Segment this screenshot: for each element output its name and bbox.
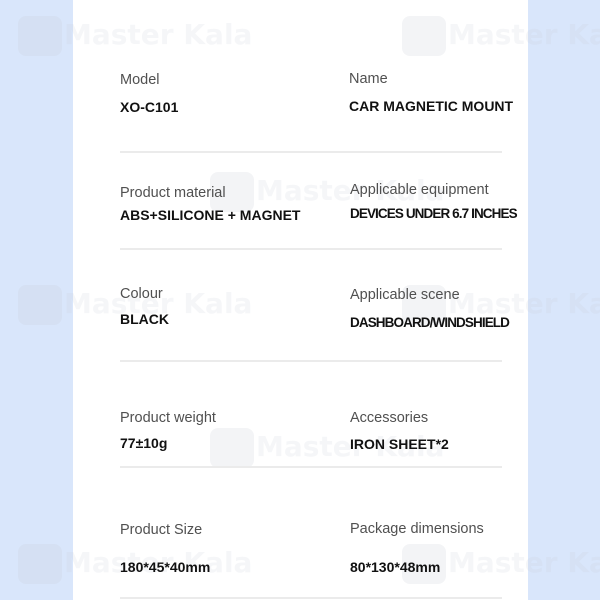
row-divider <box>120 151 502 153</box>
spec-value-weight: 77±10g <box>120 435 167 451</box>
spec-label-model: Model <box>120 72 160 88</box>
row-divider <box>120 466 502 468</box>
spec-value-name: CAR MAGNETIC MOUNT <box>349 98 513 114</box>
spec-value-scene: DASHBOARD/WINDSHIELD <box>350 315 509 330</box>
row-divider <box>120 360 502 362</box>
watermark-logo-icon <box>18 16 62 56</box>
row-divider <box>120 597 502 599</box>
spec-value-package: 80*130*48mm <box>350 559 440 575</box>
spec-label-material: Product material <box>120 185 226 201</box>
spec-label-weight: Product weight <box>120 410 216 426</box>
spec-label-package: Package dimensions <box>350 521 484 537</box>
watermark-logo-icon <box>18 544 62 584</box>
spec-value-accessories: IRON SHEET*2 <box>350 436 449 452</box>
spec-label-accessories: Accessories <box>350 410 428 426</box>
spec-label-colour: Colour <box>120 286 163 302</box>
row-divider <box>120 248 502 250</box>
spec-value-size: 180*45*40mm <box>120 559 210 575</box>
spec-value-material: ABS+SILICONE + MAGNET <box>120 207 300 223</box>
watermark-logo-icon <box>18 285 62 325</box>
spec-value-equipment: DEVICES UNDER 6.7 INCHES <box>350 206 517 221</box>
spec-value-colour: BLACK <box>120 311 169 327</box>
spec-label-equipment: Applicable equipment <box>350 182 489 198</box>
spec-label-scene: Applicable scene <box>350 287 460 303</box>
spec-label-size: Product Size <box>120 522 202 538</box>
spec-label-name: Name <box>349 71 388 87</box>
spec-value-model: XO-C101 <box>120 99 178 115</box>
